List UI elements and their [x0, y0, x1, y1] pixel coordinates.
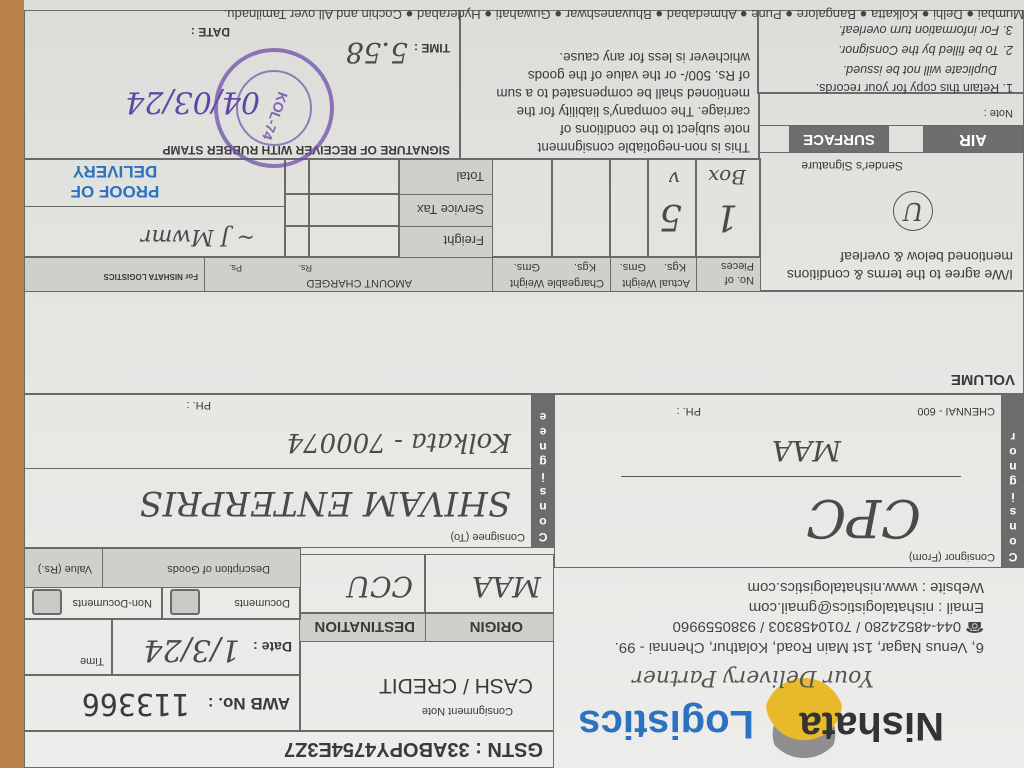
pieces-cell: 1 Box	[695, 158, 761, 258]
liability-line-1: This is non-negotiable consignment	[538, 140, 750, 155]
amount-charged-label: AMOUNT CHARGED	[306, 277, 412, 289]
proof-of-delivery-box: ~ J Mwmr PROOF OF DELIVERY	[24, 158, 286, 258]
actual-weight-header: Actual Weight Kgs. Gms.	[609, 256, 697, 292]
freight-label: Freight	[444, 233, 484, 248]
air-label: AIR	[959, 131, 987, 148]
service-tax-rs-cell	[308, 193, 400, 227]
receiver-time-label: TIME :	[414, 41, 450, 55]
rs-label: Rs.	[299, 263, 313, 273]
time-box: Time	[24, 618, 113, 676]
actual-weight-label: Actual Weight	[622, 277, 690, 289]
consignment-note-box: Consignment Note CASH / CREDIT	[299, 640, 554, 732]
chargeable-kgs-label: Kgs.	[574, 261, 596, 273]
consignee-tab: Consignee	[532, 393, 554, 548]
consignor-tab: Consignor	[1002, 393, 1024, 568]
liability-line-5: of Rs. 500/- or the value of the goods	[528, 68, 750, 83]
address-email: Email : nishatalogistics@gmail.com	[749, 599, 984, 616]
actual-gms-value: v	[669, 167, 680, 191]
consignee-box: Consignee (To) SHIVAM ENTERPRIS Kolkata …	[24, 393, 532, 548]
brand-name: Nishata	[800, 703, 945, 748]
time-label: Time	[80, 655, 104, 667]
senders-signature-label: Sender's Signature	[801, 159, 903, 173]
pieces-value: 1	[715, 196, 738, 237]
origin-value: MAA	[472, 570, 541, 603]
brand-name-secondary: Logistics	[578, 701, 754, 746]
chargeable-weight-header: Chargeable Weight Kgs. Gms.	[491, 256, 611, 292]
gstn: GSTN : 33ABOPY4754E3Z7	[284, 737, 543, 760]
proof-of-delivery-label: PROOF OF DELIVERY	[35, 161, 195, 201]
receiver-date-label: DATE :	[191, 25, 230, 39]
service-tax-label-cell: Service Tax	[398, 193, 493, 227]
liability-line-6: whichever is less for any cause.	[559, 50, 750, 65]
rubber-stamp: KOL-74	[214, 48, 334, 168]
destination-value: CCU	[347, 570, 413, 603]
documents-option: Documents	[161, 586, 301, 620]
surface-checkbox[interactable]	[758, 125, 791, 153]
volume-label: VOLUME	[951, 371, 1015, 388]
consignee-name: SHIVAM ENTERPRIS	[139, 483, 511, 523]
non-documents-label: Non-Documents	[73, 597, 152, 609]
tagline: Your Delivery Partner	[632, 665, 874, 690]
air-checkbox[interactable]	[887, 125, 925, 153]
chargeable-gms-cell	[491, 158, 553, 258]
gstn-box: GSTN : 33ABOPY4754E3Z7	[24, 730, 554, 768]
pieces-header: No. of Pieces	[695, 256, 761, 292]
chargeable-kgs-cell	[551, 158, 611, 258]
branch-list: Mumbai ● Delhi ● Kolkatta ● Bangalore ● …	[224, 7, 1024, 22]
chargeable-gms-label: Gms.	[514, 261, 540, 273]
actual-kgs-label: Kgs.	[664, 261, 686, 273]
date-label: Date :	[253, 639, 292, 655]
consignee-divider	[25, 468, 531, 469]
actual-kgs-cell: 5 v	[647, 158, 697, 258]
consignee-city: Kolkata - 700074	[287, 427, 511, 457]
address-phone: ☎ 044-48524280 / 7010458303 / 9380559960	[673, 618, 984, 636]
documents-checkbox[interactable]	[170, 589, 200, 615]
agree-text-2: mentioned below & overleaf	[840, 249, 1013, 265]
freight-ps-cell	[284, 225, 310, 258]
consignee-label: Consignee (To)	[450, 531, 525, 543]
non-documents-checkbox[interactable]	[32, 589, 62, 615]
agree-text-1: I/We agree to the terms & conditions	[787, 267, 1013, 283]
liability-box: This is non-negotiable consignment note …	[459, 10, 759, 160]
air-option[interactable]: AIR	[923, 125, 1023, 153]
paper: Nishata Logistics Your Delivery Partner …	[24, 0, 1024, 768]
consignment-note-label: Consignment Note	[422, 705, 513, 717]
awb-number: 113366	[82, 686, 190, 721]
pieces-note: Box	[708, 165, 746, 189]
freight-label-cell: Freight	[398, 225, 493, 258]
receiver-time-value: 5.58	[346, 36, 408, 69]
pod-divider	[25, 206, 285, 207]
for-company-header: For NISHATA LOGISTICS	[24, 256, 205, 292]
address-website: Website : www.nishatalogistics.com	[748, 579, 984, 596]
sender-terms-box: I/We agree to the terms & conditions men…	[759, 92, 1024, 292]
ps-label: Ps.	[229, 263, 242, 273]
for-company-label: For NISHATA LOGISTICS	[103, 272, 198, 281]
pieces-label: No. of Pieces	[698, 259, 754, 287]
destination-label: DESTINATION	[314, 618, 415, 635]
date-value: 1/3/24	[143, 632, 240, 667]
date-box: Date : 1/3/24	[111, 618, 301, 676]
consignor-name: CPC	[806, 487, 921, 547]
destination-value-cell: CCU	[299, 554, 426, 614]
notes-box: 1. Retain this copy for your records. Du…	[757, 10, 1024, 94]
total-label-cell: Total	[398, 158, 493, 195]
liability-line-2: note subject to the conditions of	[560, 122, 750, 137]
description-header: Description of Goods	[101, 548, 301, 588]
volume-box: VOLUME	[24, 290, 1024, 395]
surface-label: SURFACE	[803, 131, 875, 148]
origin-label: ORIGIN	[470, 618, 523, 635]
consignor-box: Consignor (From) CPC MAA CHENNAI - 600 P…	[554, 393, 1002, 568]
liability-line-4: mentioned shall be compensated to a sum	[496, 86, 750, 101]
note-3: 3. For information turn overleaf.	[839, 23, 1013, 37]
company-signature: ~ J Mwmr	[141, 224, 255, 249]
payment-mode: CASH / CREDIT	[379, 673, 533, 697]
note-1: 1. Retain this copy for your records.	[816, 81, 1013, 95]
origin-value-cell: MAA	[424, 554, 554, 614]
consignment-note-sheet: Nishata Logistics Your Delivery Partner …	[0, 0, 1024, 768]
consignor-line2: MAA	[772, 434, 841, 467]
description-label: Description of Goods	[167, 563, 270, 575]
surface-option[interactable]: SURFACE	[789, 125, 889, 153]
total-label: Total	[457, 169, 484, 184]
awb-label: AWB No. :	[208, 693, 290, 713]
origin-header: ORIGIN	[424, 612, 554, 642]
non-documents-option: Non-Documents	[24, 586, 163, 620]
address-line-1: 6, Venus Nagar, 1st Main Road, Kolathur,…	[615, 639, 984, 656]
actual-gms-cell	[609, 158, 649, 258]
consignor-phone: PH. :	[677, 405, 701, 417]
note-label: Note :	[984, 107, 1013, 119]
chargeable-weight-label: Chargeable Weight	[510, 277, 604, 289]
service-tax-ps-cell	[284, 193, 310, 227]
consignor-underline	[621, 476, 961, 477]
service-tax-label: Service Tax	[417, 202, 484, 217]
liability-line-3: carriage. The company's liability for th…	[517, 104, 750, 119]
destination-header: DESTINATION	[299, 612, 426, 642]
consignor-city: CHENNAI - 600	[917, 405, 995, 417]
documents-label: Documents	[234, 597, 290, 609]
actual-gms-label: Gms.	[620, 261, 646, 273]
actual-kgs-value: 5	[659, 196, 682, 237]
awb-box: AWB No. : 113366	[24, 674, 301, 732]
total-rs-cell	[308, 158, 400, 195]
freight-rs-cell	[308, 225, 400, 258]
value-header: Value (Rs.)	[24, 548, 103, 588]
consignor-label: Consignor (From)	[909, 551, 995, 563]
note-2: 2. To be filled by the Consignor.	[838, 43, 1013, 57]
consignee-phone: PH. :	[187, 399, 211, 411]
note-1b: Duplicate will not be issued.	[843, 63, 997, 77]
amount-charged-header: AMOUNT CHARGED Rs. Ps.	[203, 256, 493, 292]
value-label: Value (Rs.)	[38, 563, 92, 575]
